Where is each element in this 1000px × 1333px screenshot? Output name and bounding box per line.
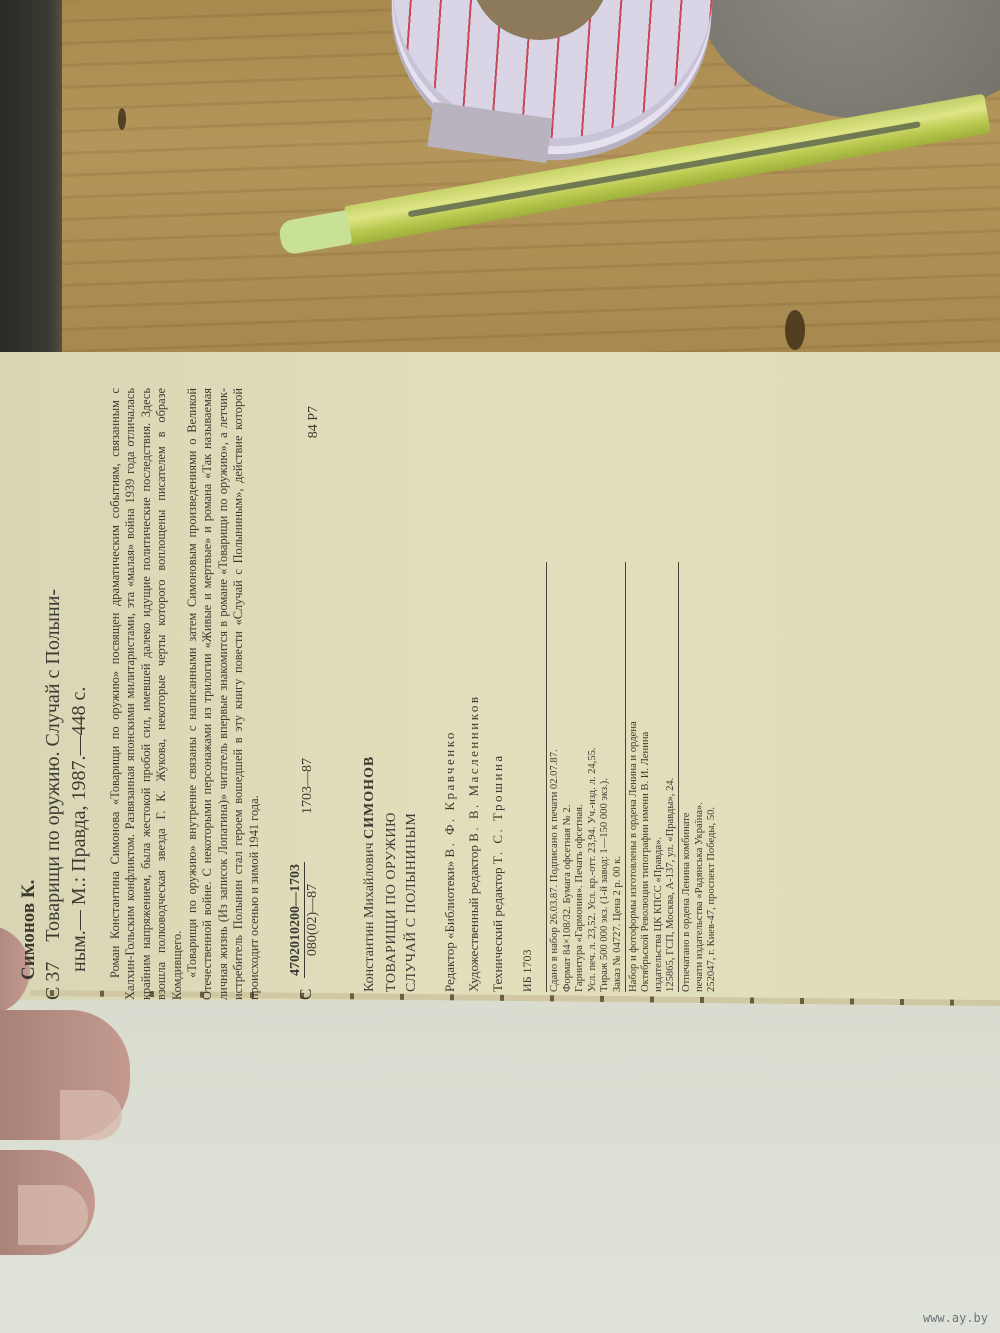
- ib-number: ИБ 1703: [520, 949, 535, 992]
- author-heading: Симонов К.: [18, 880, 40, 980]
- imprint-line: Гарнитура «Гармония». Печать офсетная.: [574, 562, 587, 992]
- imprint-line: 125865, ГСП, Москва, А-137, ул. «Правды»…: [665, 562, 678, 992]
- rotated-text-container: Симонов К. С 37 Товарищи по оружию. Случ…: [18, 360, 978, 1000]
- imprint-print-details: Сдано в набор 26.03.87. Подписано к печа…: [546, 562, 625, 992]
- abstract: Роман Константина Симонова «Товарищи по …: [108, 388, 262, 1000]
- abstract-paragraph: «Товарищи по оружию» внутренне связаны с…: [185, 388, 262, 1000]
- staff-tech-editor: Технический редактор Т. С. Трошина: [490, 753, 506, 992]
- staff-name: Т. С. Трошина: [490, 753, 505, 864]
- imprint-line: Формат 84×108/32. Бумага офсетная № 2.: [562, 562, 575, 992]
- imprint-line: 252047, г. Киев-47, проспект Победы, 50.: [706, 562, 719, 992]
- catalog-line-2: ным.— М.: Правда, 1987.—448 с.: [68, 687, 91, 972]
- pen-cap: [278, 210, 353, 256]
- staff-art-editor: Художественный редактор В. В. Масленнико…: [466, 694, 482, 992]
- book-title-1: ТОВАРИЩИ ПО ОРУЖИЮ: [384, 812, 400, 992]
- imprint-line: Набор и фотоформы изготовлены в ордена Л…: [628, 562, 641, 992]
- imprint-line: Отпечатано в ордена Ленина комбинате: [681, 562, 694, 992]
- code-fraction: 4702010200—1703 080(02)—87: [288, 862, 321, 978]
- imprint-line: Усл. печ. л. 23,52. Усл. кр.-отт. 23,94.…: [587, 562, 600, 992]
- staff-name: В. В. Масленников: [466, 694, 481, 841]
- staff-name: В. Ф. Кравченко: [442, 730, 457, 857]
- fingernail: [18, 1185, 88, 1245]
- imprint-typesetting: Набор и фотоформы изготовлены в ордена Л…: [625, 562, 678, 992]
- catalog-title-line: Товарищи по оружию. Случай с Полыни-: [42, 589, 64, 942]
- book-author-full-name: Константин Михайлович СИМОНОВ: [362, 756, 378, 992]
- wood-knot: [785, 310, 805, 350]
- imprint-block: Сдано в набор 26.03.87. Подписано к печа…: [546, 562, 719, 992]
- site-watermark: www.ay.by: [923, 1311, 988, 1325]
- code-suffix: 1703—87: [300, 758, 316, 814]
- staff-role: Технический редактор: [490, 868, 505, 992]
- staff-editor: Редактор «Библиотеки» В. Ф. Кравченко: [442, 730, 458, 992]
- classification-codes: С 4702010200—1703 080(02)—87 1703—87 84 …: [288, 388, 332, 1000]
- author-first-names: Константин Михайлович: [362, 842, 377, 992]
- staff-role: Редактор «Библиотеки»: [442, 861, 457, 992]
- table-dark-edge: [0, 0, 62, 360]
- code-denominator: 080(02)—87: [305, 862, 321, 978]
- staff-role: Художественный редактор: [466, 845, 481, 992]
- imprint-line: Заказ № 04727. Цена 2 р. 00 к.: [612, 562, 625, 992]
- imprint-printing-plant: Отпечатано в ордена Ленина комбинате печ…: [678, 562, 719, 992]
- imprint-line: Тираж 500 000 экз. (1-й завод: 1—150 000…: [599, 562, 612, 992]
- wood-knot: [118, 108, 126, 130]
- abstract-paragraph: Роман Константина Симонова «Товарищи по …: [108, 388, 185, 1000]
- index-code: С 37: [42, 962, 64, 1000]
- imprint-line: Октябрьской Революции типографии имени В…: [640, 562, 653, 992]
- fingernail: [60, 1090, 122, 1140]
- catalog-line-1: С 37 Товарищи по оружию. Случай с Полыни…: [42, 360, 65, 1000]
- code-prefix: С: [296, 989, 316, 1000]
- author-last-name: СИМОНОВ: [362, 756, 377, 839]
- code-numerator: 4702010200—1703: [288, 862, 305, 978]
- bbk-code: 84 Р7: [306, 406, 322, 438]
- imprint-line: Сдано в набор 26.03.87. Подписано к печа…: [549, 562, 562, 992]
- book-title-2: СЛУЧАЙ С ПОЛЫНИНЫМ: [404, 813, 420, 992]
- imprint-line: печати издательства «Радянська Україна».: [694, 562, 707, 992]
- imprint-line: издательства ЦК КПСС «Правда».: [653, 562, 666, 992]
- underlying-white-page: [0, 1000, 1000, 1333]
